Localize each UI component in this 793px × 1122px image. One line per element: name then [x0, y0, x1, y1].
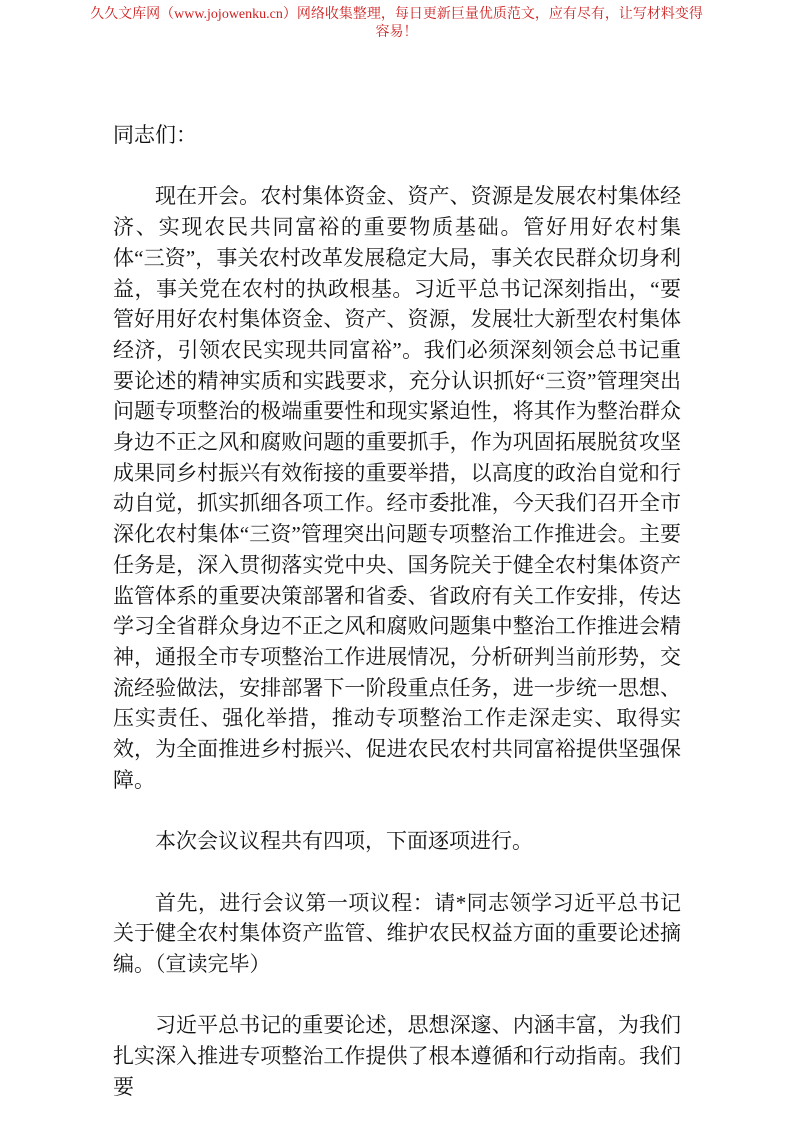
paragraph: 本次会议议程共有四项，下面逐项进行。 — [113, 826, 681, 857]
document-body: 同志们：现在开会。农村集体资金、资产、资源是发展农村集体经济、实现农民共同富裕的… — [113, 120, 681, 1102]
paragraph: 同志们： — [113, 120, 681, 151]
document-page: 久久文库网（www.jojowenku.cn）网络收集整理，每日更新巨量优质范文… — [0, 0, 793, 1122]
paragraph: 习近平总书记的重要论述，思想深邃、内涵丰富，为我们扎实深入推进专项整治工作提供了… — [113, 1010, 681, 1102]
watermark-header: 久久文库网（www.jojowenku.cn）网络收集整理，每日更新巨量优质范文… — [86, 0, 708, 42]
paragraph: 现在开会。农村集体资金、资产、资源是发展农村集体经济、实现农民共同富裕的重要物质… — [113, 181, 681, 795]
paragraph: 首先，进行会议第一项议程：请*同志领学习近平总书记关于健全农村集体资产监管、维护… — [113, 888, 681, 980]
